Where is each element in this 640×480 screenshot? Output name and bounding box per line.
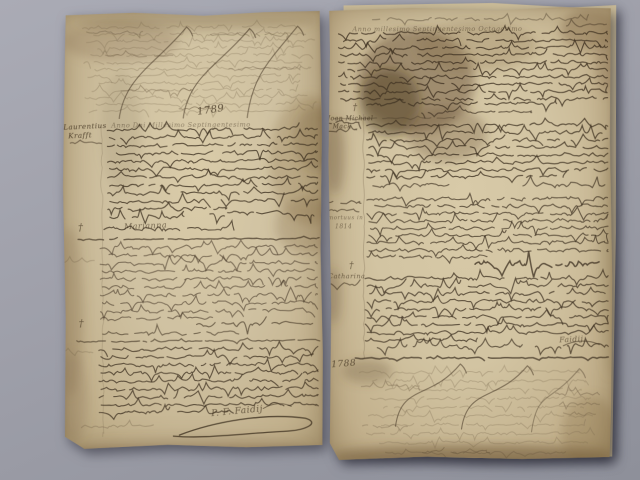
cross-mark-icon: † [353, 104, 358, 113]
cross-mark-icon: † [349, 262, 354, 271]
manuscript-page-right: Anno millesimo Septingentesimo Octogesim… [326, 6, 613, 462]
manuscript-page-left: Laurentius Krafft 1789 Anno Dni Millesim… [60, 10, 324, 450]
left-page-handwriting [60, 10, 324, 450]
right-entry1-opening: Anno millesimo Septingentesimo Octogesim… [352, 26, 522, 33]
left-margin-name-line2: Krafft [68, 132, 92, 140]
archival-manuscript-scan: Laurentius Krafft 1789 Anno Dni Millesim… [0, 0, 640, 480]
right-page-handwriting [326, 6, 613, 462]
right-margin-note-line1: mortuus in [328, 216, 363, 222]
right-priest-signature: Faidij [559, 335, 583, 344]
right-margin-name-line1: Joan Michael [328, 116, 374, 122]
right-year-label: 1788 [331, 359, 356, 370]
right-margin-name-line2: Mack [333, 124, 352, 130]
right-margin-note-line2: 1814 [335, 224, 352, 230]
cross-mark-icon: † [78, 224, 84, 234]
right-page-wrap: Anno millesimo Septingentesimo Octogesim… [326, 6, 613, 462]
right-margin-name2: Catharina [328, 273, 365, 280]
left-page-wrap: Laurentius Krafft 1789 Anno Dni Millesim… [60, 10, 324, 450]
cross-mark-icon: † [79, 320, 85, 330]
left-entry1-opening: Anno Dni Millesimo Septingentesimo [111, 122, 250, 129]
